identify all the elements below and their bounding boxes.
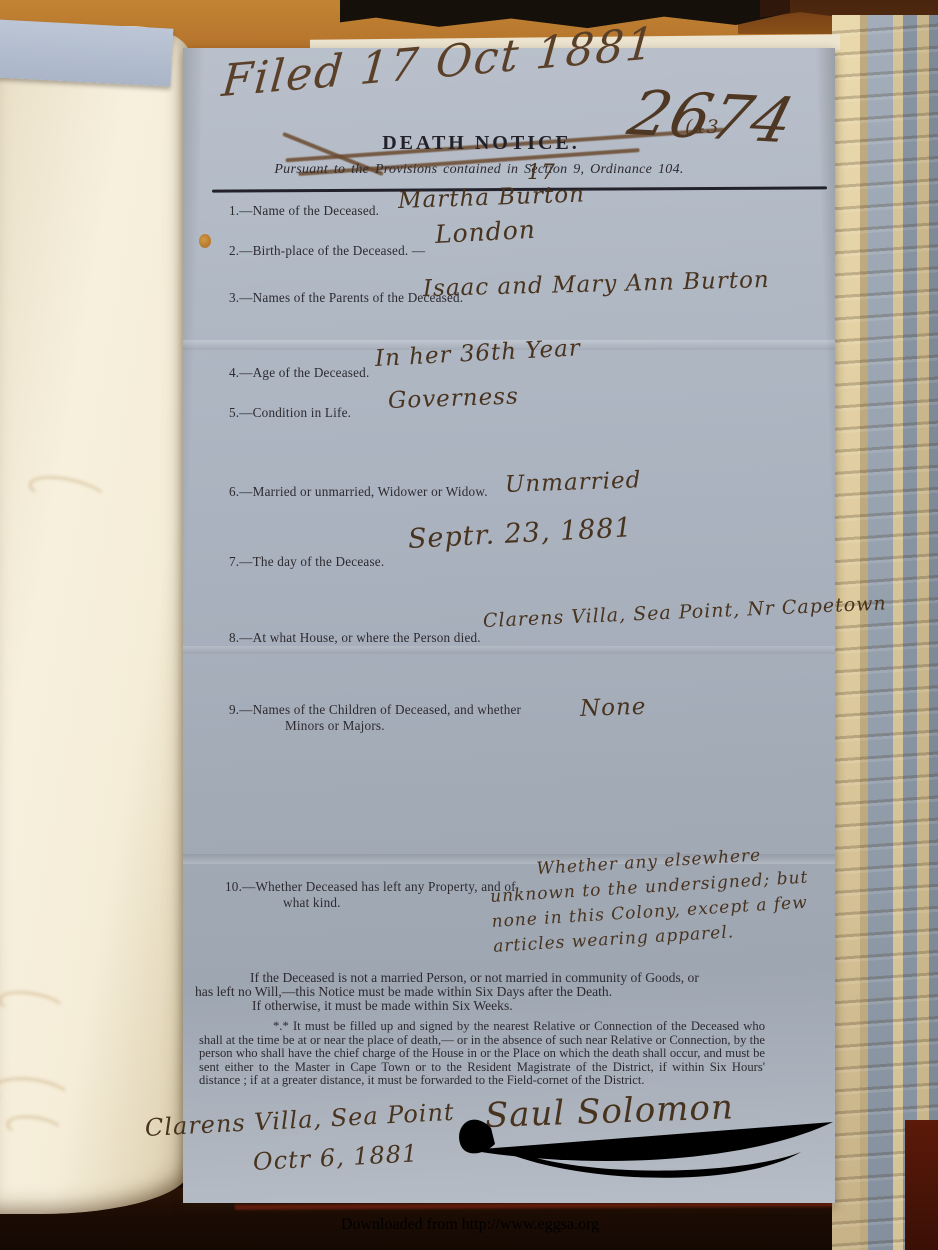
form-title: DEATH NOTICE.	[311, 132, 651, 155]
signature-block: Saul Solomon	[445, 1094, 845, 1184]
blue-page-edge-top-left	[0, 19, 173, 86]
will-note-line3: If otherwise, it must be made within Six…	[252, 998, 513, 1014]
item-6-label: 6.—Married or unmarried, Widower or Wido…	[229, 484, 488, 500]
item-8-answer: Clarens Villa, Sea Point, Nr Capetown	[483, 592, 888, 632]
item-8-label: 8.—At what House, or where the Person di…	[229, 630, 481, 646]
item-1-label: 1.—Name of the Deceased.	[229, 203, 379, 219]
item-1-answer: Martha Burton	[398, 181, 586, 214]
dark-corner-bottom-right	[905, 1120, 938, 1250]
item-9-label-line2: Minors or Majors.	[285, 718, 385, 734]
instruction-paragraph: *.* It must be filled up and signed by t…	[199, 1020, 765, 1088]
item-4-label: 4.—Age of the Deceased.	[229, 365, 369, 381]
item-3-answer: Isaac and Mary Ann Burton	[423, 267, 770, 302]
form-subtitle: Pursuant to the Provisions contained in …	[199, 162, 759, 178]
bleed-through-mark	[26, 470, 110, 514]
item-7-answer: Septr. 23, 1881	[407, 512, 633, 555]
death-notice-page: Filed 17 Oct 1881 2674 (43 DEATH NOTICE.…	[183, 48, 835, 1203]
item-9-label: 9.—Names of the Children of Deceased, an…	[229, 702, 521, 718]
bleed-through-mark	[4, 1112, 65, 1145]
page-edge-tears	[832, 15, 938, 1250]
item-9-answer: None	[580, 694, 647, 722]
signature-place: Clarens Villa, Sea Point	[144, 1098, 455, 1142]
signature-flourish	[445, 1094, 845, 1184]
item-7-label: 7.—The day of the Decease.	[229, 554, 384, 570]
item-6-answer: Unmarried	[505, 467, 642, 498]
bleed-through-mark	[0, 986, 68, 1023]
section-number-correction: 17	[527, 160, 556, 184]
page-crease	[183, 646, 835, 654]
item-10-answer: Whether any elsewhere unknown to the und…	[488, 839, 841, 960]
item-10-label: 10.—Whether Deceased has left any Proper…	[225, 879, 516, 895]
item-2-label: 2.—Birth-place of the Deceased. —	[229, 243, 425, 259]
bleed-through-mark	[0, 1073, 74, 1116]
item-2-answer: London	[434, 215, 536, 249]
previous-page	[0, 26, 190, 1214]
reference-annotation: (43	[685, 116, 720, 138]
thumb	[818, 760, 938, 918]
item-5-label: 5.—Condition in Life.	[229, 405, 351, 421]
item-10-label-line2: what kind.	[283, 895, 341, 911]
paper-stain	[199, 234, 211, 248]
signature-date: Octr 6, 1881	[252, 1139, 419, 1176]
photograph-of-death-notice-book: Filed 17 Oct 1881 2674 (43 DEATH NOTICE.…	[0, 0, 938, 1250]
watermark-text: Downloaded from http://www.eggsa.org	[250, 1216, 690, 1234]
item-5-answer: Governess	[388, 383, 520, 414]
